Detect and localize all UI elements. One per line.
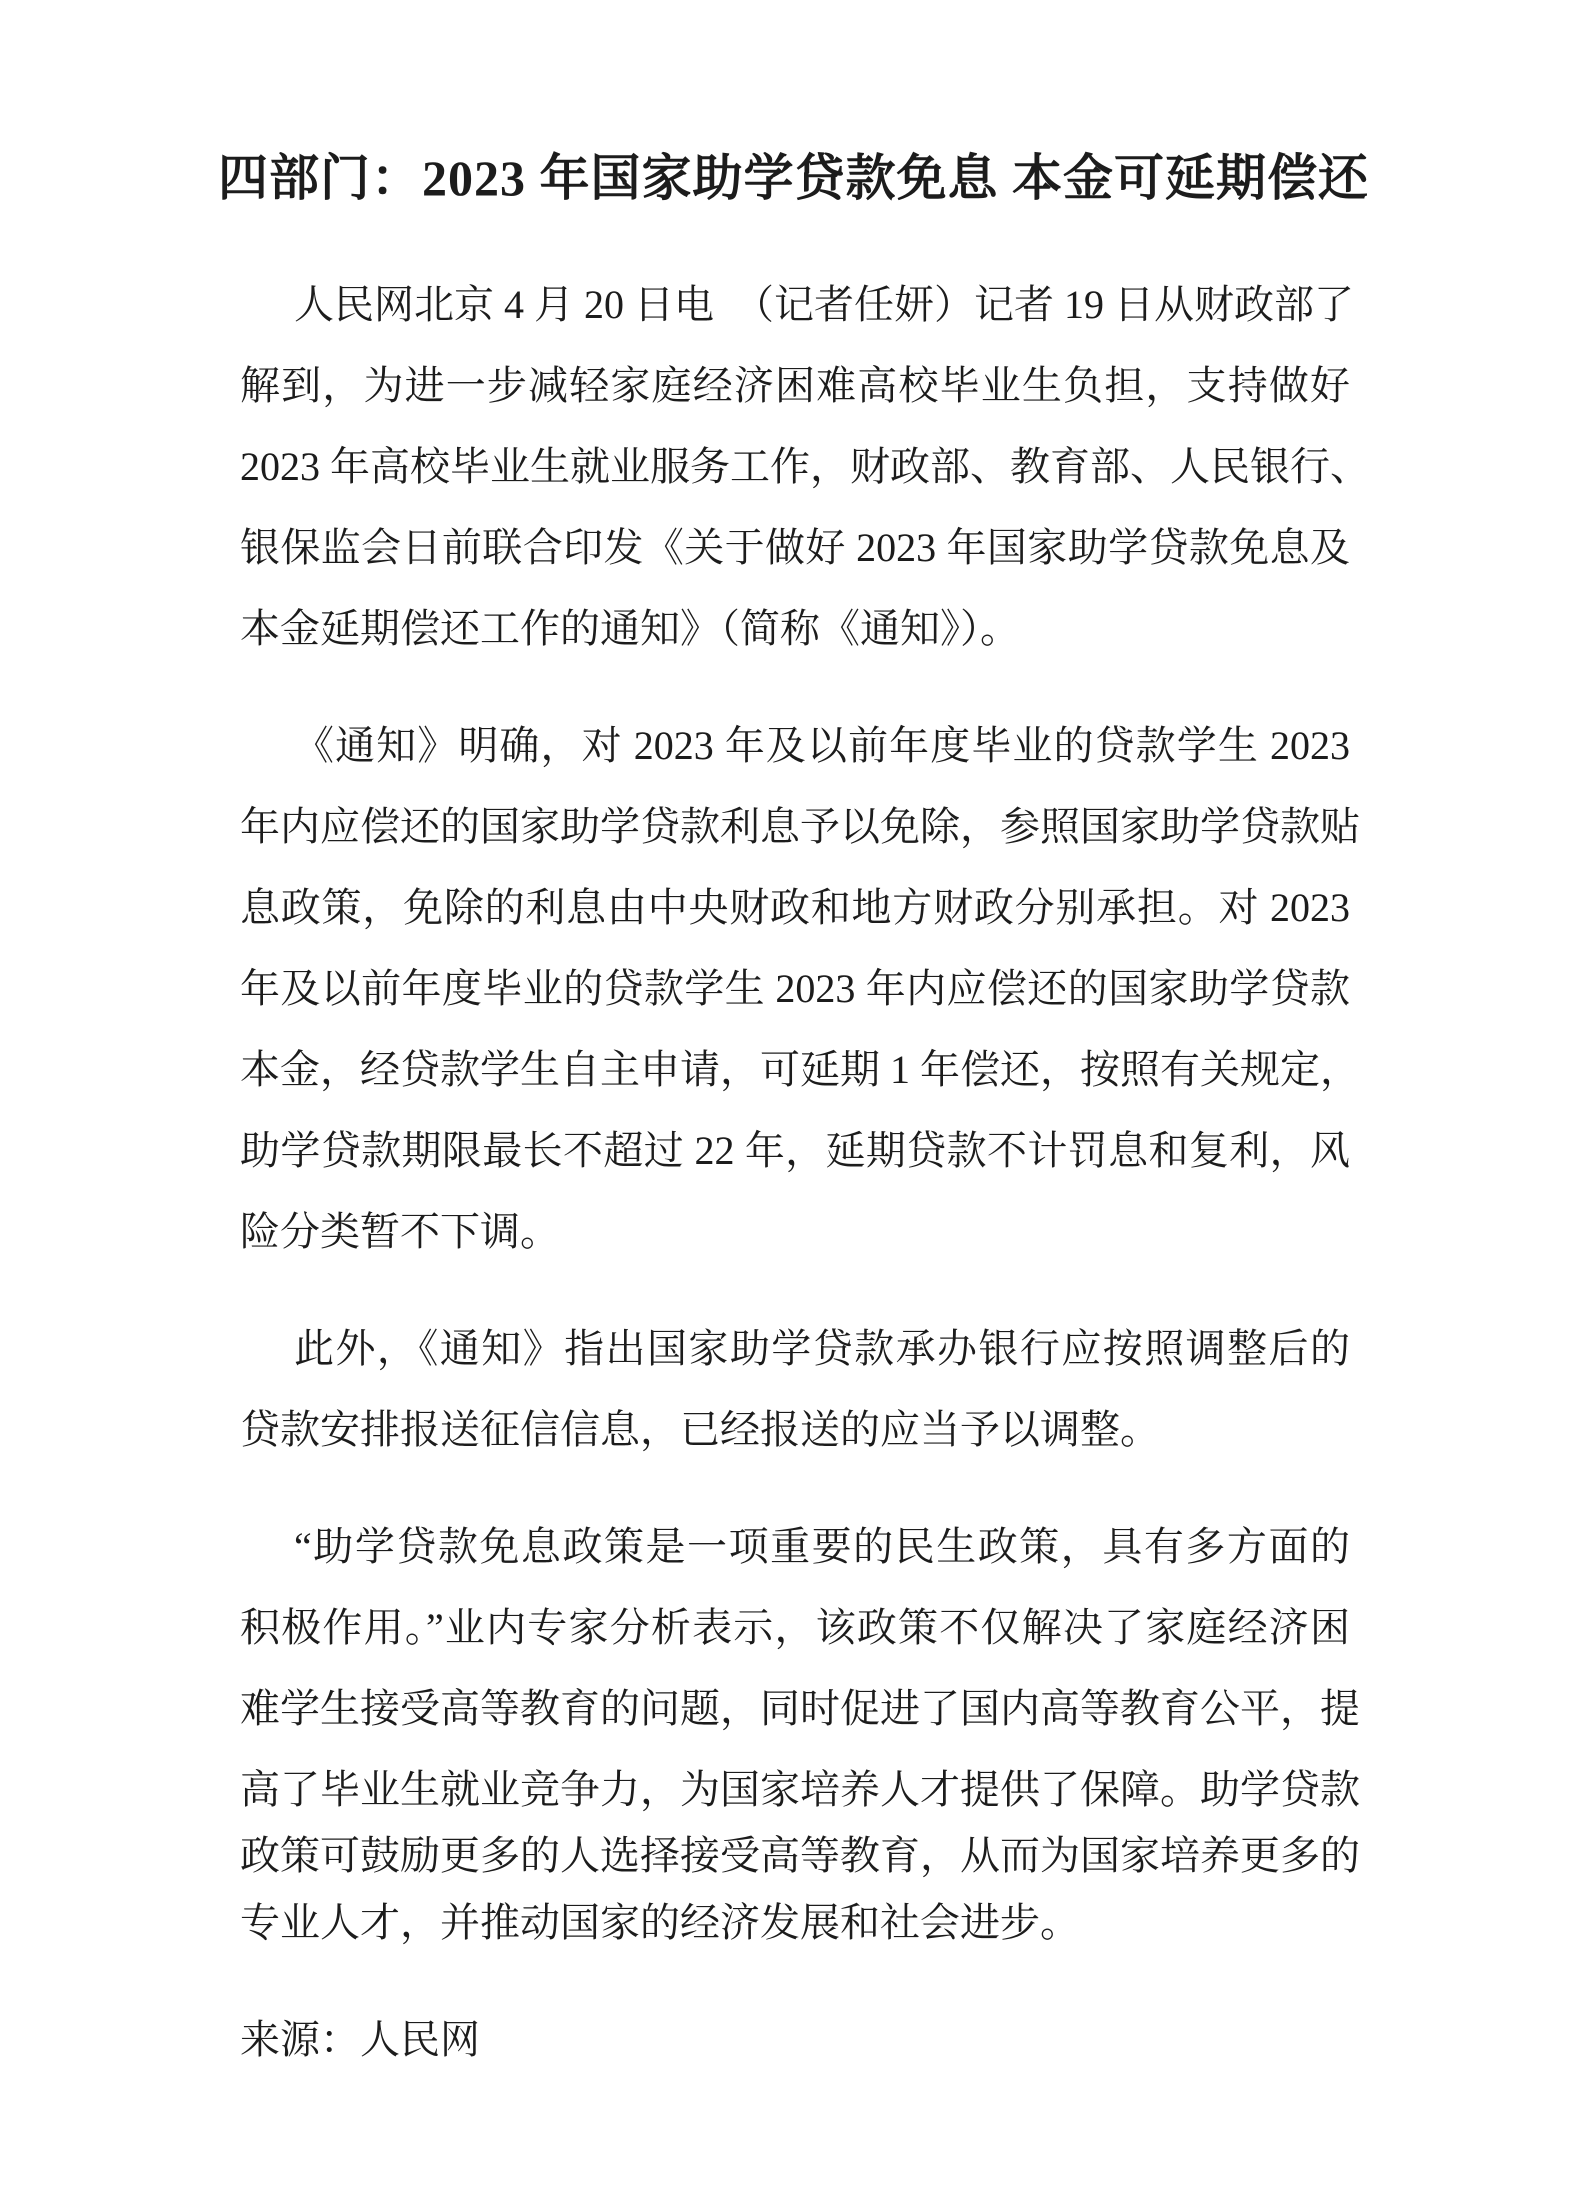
document-page: 四部门：2023 年国家助学贷款免息 本金可延期偿还 人民网北京 4 月 20 …: [0, 0, 1587, 2191]
text-line: 银保监会日前联合印发《关于做好 2023 年国家助学贷款免息及: [240, 507, 1350, 588]
source-line: 来源：人民网: [240, 1999, 1350, 2080]
document-title: 四部门：2023 年国家助学贷款免息 本金可延期偿还: [120, 147, 1467, 209]
text-line: 积极作用。”业内专家分析表示，该政策不仅解决了家庭经济困: [240, 1587, 1350, 1668]
text-line: 助学贷款期限最长不超过 22 年，延期贷款不计罚息和复利，风: [240, 1110, 1350, 1191]
text-line: “助学贷款免息政策是一项重要的民生政策，具有多方面的: [240, 1506, 1350, 1587]
text-line: 政策可鼓励更多的人选择接受高等教育，从而为国家培养更多的: [240, 1830, 1350, 1882]
text-line: 本金，经贷款学生自主申请，可延期 1 年偿还，按照有关规定，: [240, 1029, 1350, 1110]
text-line: 《通知》明确，对 2023 年及以前年度毕业的贷款学生 2023: [240, 705, 1350, 786]
text-line: 专业人才，并推动国家的经济发展和社会进步。: [240, 1882, 1350, 1963]
paragraph: 此外，《通知》指出国家助学贷款承办银行应按照调整后的贷款安排报送征信信息，已经报…: [240, 1308, 1350, 1470]
text-line: 险分类暂不下调。: [240, 1191, 1350, 1272]
text-line: 贷款安排报送征信信息，已经报送的应当予以调整。: [240, 1389, 1350, 1470]
text-line: 本金延期偿还工作的通知》（简称《通知》）。: [240, 588, 1350, 669]
text-line: 息政策，免除的利息由中央财政和地方财政分别承担。对 2023: [240, 867, 1350, 948]
text-line: 人民网北京 4 月 20 日电 （记者任妍）记者 19 日从财政部了: [240, 264, 1350, 345]
text-line: 2023 年高校毕业生就业服务工作，财政部、教育部、人民银行、: [240, 426, 1350, 507]
text-line: 解到，为进一步减轻家庭经济困难高校毕业生负担，支持做好: [240, 345, 1350, 426]
text-line: 此外，《通知》指出国家助学贷款承办银行应按照调整后的: [240, 1308, 1350, 1389]
text-line: 高了毕业生就业竞争力，为国家培养人才提供了保障。助学贷款: [240, 1749, 1350, 1830]
text-line: 年及以前年度毕业的贷款学生 2023 年内应偿还的国家助学贷款: [240, 948, 1350, 1029]
paragraph: 人民网北京 4 月 20 日电 （记者任妍）记者 19 日从财政部了解到，为进一…: [240, 264, 1350, 669]
text-line: 难学生接受高等教育的问题，同时促进了国内高等教育公平，提: [240, 1668, 1350, 1749]
paragraph: 《通知》明确，对 2023 年及以前年度毕业的贷款学生 2023年内应偿还的国家…: [240, 705, 1350, 1272]
text-line: 年内应偿还的国家助学贷款利息予以免除，参照国家助学贷款贴: [240, 786, 1350, 867]
paragraph: “助学贷款免息政策是一项重要的民生政策，具有多方面的积极作用。”业内专家分析表示…: [240, 1506, 1350, 1963]
document-body: 人民网北京 4 月 20 日电 （记者任妍）记者 19 日从财政部了解到，为进一…: [240, 264, 1350, 1963]
